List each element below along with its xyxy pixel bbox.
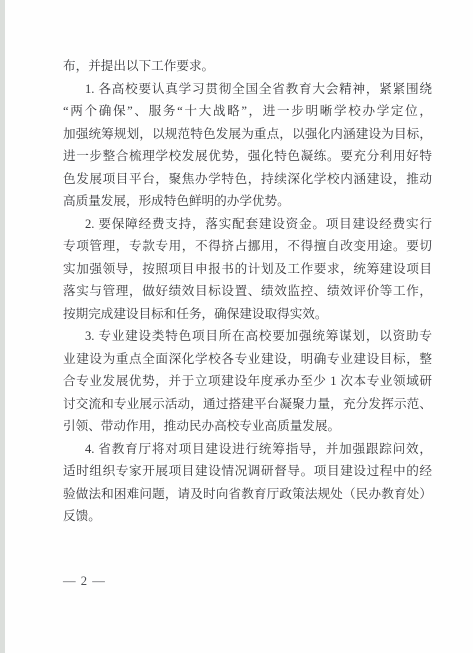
text-line: 进一步整合梳理学校发展优势，强化特色凝练。要充分利用好特: [63, 145, 432, 168]
text-line: 引领、带动作用，推动民办高校专业高质量发展。: [63, 415, 432, 438]
text-line: 高质量发展，形成特色鲜明的办学优势。: [63, 190, 432, 213]
text-line: 验做法和困难问题，请及时向省教育厅政策法规处（民办教育处）: [63, 483, 432, 506]
scan-edge-shadow: [0, 0, 5, 653]
text-line: 1. 各高校要认真学习贯彻全国全省教育大会精神，紧紧围绕: [63, 78, 432, 101]
text-line: 2. 要保障经费支持，落实配套建设资金。项目建设经费实行: [63, 213, 432, 236]
scanned-document-page: 布，并提出以下工作要求。 1. 各高校要认真学习贯彻全国全省教育大会精神，紧紧围…: [0, 0, 473, 653]
text-line: “两个确保”、服务“十大战略”，进一步明晰学校办学定位，: [63, 100, 432, 123]
text-line: 布，并提出以下工作要求。: [63, 55, 432, 78]
text-line: 业建设为重点全面深化学校各专业建设，明确专业建设目标，整: [63, 348, 432, 371]
text-line: 4. 省教育厅将对项目建设进行统筹指导，并加强跟踪问效，: [63, 438, 432, 461]
text-line: 适时组织专家开展项目建设情况调研督导。项目建设过程中的经: [63, 460, 432, 483]
text-line: 按期完成建设目标和任务，确保建设取得实效。: [63, 303, 432, 326]
document-body: 布，并提出以下工作要求。 1. 各高校要认真学习贯彻全国全省教育大会精神，紧紧围…: [63, 55, 432, 528]
text-line: 实加强领导，按照项目申报书的计划及工作要求，统筹建设项目: [63, 258, 432, 281]
text-line: 反馈。: [63, 505, 432, 528]
page-number: — 2 —: [63, 570, 106, 592]
text-line: 加强统筹规划，以规范特色发展为重点，以强化内涵建设为目标，: [63, 123, 432, 146]
text-line: 色发展项目平台，聚焦办学特色，持续深化学校内涵建设，推动: [63, 168, 432, 191]
text-line: 专项管理，专款专用，不得挤占挪用，不得擅自改变用途。要切: [63, 235, 432, 258]
text-line: 讨交流和专业展示活动，通过搭建平台凝聚力量，充分发挥示范、: [63, 393, 432, 416]
text-line: 落实与管理，做好绩效目标设置、绩效监控、绩效评价等工作，: [63, 280, 432, 303]
text-line: 合专业发展优势，并于立项建设年度承办至少 1 次本专业领域研: [63, 370, 432, 393]
text-line: 3. 专业建设类特色项目所在高校要加强统筹谋划，以资助专: [63, 325, 432, 348]
